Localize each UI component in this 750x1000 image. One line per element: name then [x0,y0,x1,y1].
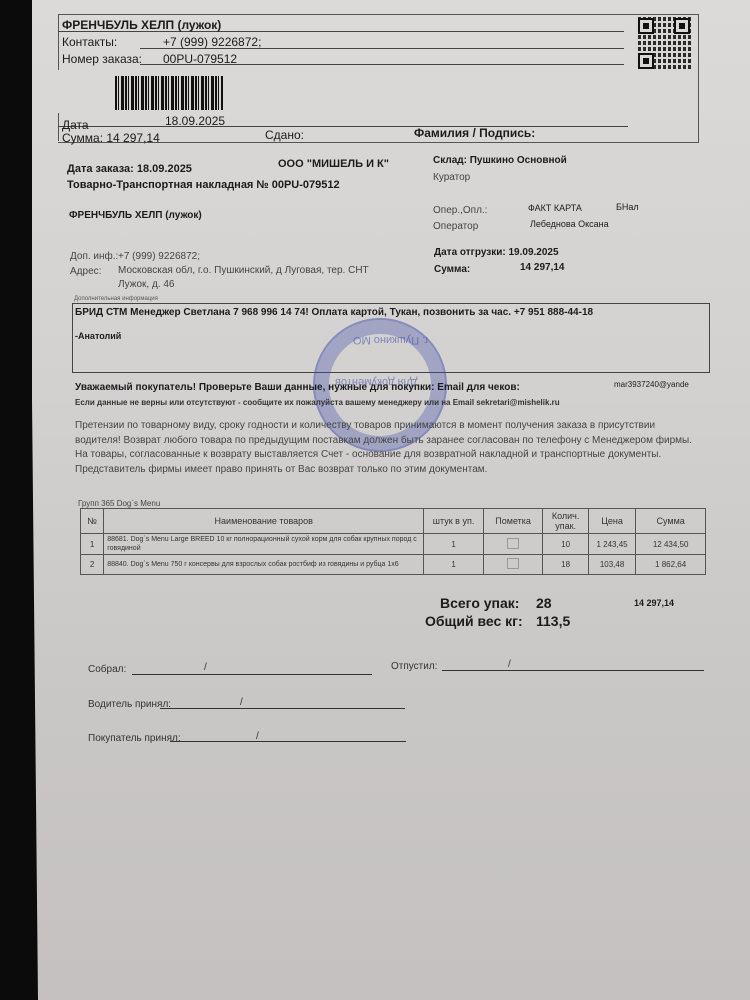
client-name: ФРЕНЧБУЛЬ ХЕЛП (лужок) [62,18,221,32]
address-line-2: Лужок, д. 46 [118,279,174,290]
total-packs-label: Всего упак: [440,595,519,611]
curator-label: Куратор [433,172,470,183]
payment-label: Опер.,Опл.: [433,205,487,216]
sum-value: 14 297,14 [520,262,565,273]
additional-info-line-1: БРИД СТМ Менеджер Светлана 7 968 996 14 … [75,307,593,318]
notice-subtext: Если данные не верны или отсутствуют - с… [75,398,560,407]
row-price: 103,48 [588,555,635,575]
col-per-pack: штук в уп. [424,509,484,534]
driver-label: Водитель принял: [88,699,171,710]
mark-checkbox[interactable] [507,538,519,549]
buyer-label: Покупатель принял: [88,733,181,744]
col-qty: Колич. упак. [543,509,588,534]
col-sum: Сумма [636,509,706,534]
col-name: Наименование товаров [104,509,424,534]
row-mark [483,534,543,555]
released-label: Отпустил: [391,661,437,672]
signature-label: Фамилия / Подпись: [414,126,535,140]
table-header-row: № Наименование товаров штук в уп. Пометк… [81,509,706,534]
header-border [58,113,59,141]
payment-type: БНал [616,202,639,212]
address-line-1: Московская обл, г.о. Пушкинский, д Лугов… [118,265,369,276]
row-qty: 18 [543,555,588,575]
extra-info-value: +7 (999) 9226872; [118,251,200,262]
extra-info-label: Доп. инф.: [70,251,118,262]
additional-info-line-2: -Анатолий [75,331,121,341]
claims-text: Претензии по товарному виду, сроку годно… [75,419,695,477]
product-group: Групп 365 Dog`s Menu [78,499,160,508]
handed-label: Сдано: [265,128,304,142]
row-name: 88840. Dog`s Menu 750 г консервы для взр… [104,555,424,575]
contacts-value: +7 (999) 9226872; [163,35,261,49]
buyer-signature-line[interactable] [170,741,406,742]
slash: / [256,731,259,742]
payment-value: ФАКТ КАРТА [528,203,582,213]
driver-signature-line[interactable] [160,708,405,709]
released-signature-line[interactable] [442,670,704,671]
receipt-email: mar3937240@yande [614,380,689,389]
date-label: Дата [62,118,89,132]
slash: / [204,662,207,673]
order-date: Дата заказа: 18.09.2025 [67,163,192,175]
collected-label: Собрал: [88,664,126,675]
client-name-2: ФРЕНЧБУЛЬ ХЕЛП (лужок) [69,210,202,221]
items-table: № Наименование товаров штук в уп. Пометк… [80,508,706,575]
notice-heading: Уважаемый покупатель! Проверьте Ваши дан… [75,382,520,393]
row-price: 1 243,45 [588,534,635,555]
col-mark: Пометка [483,509,543,534]
total-sum: 14 297,14 [634,598,674,608]
row-name: 88681. Dog`s Menu Large BREED 10 кг полн… [104,534,424,555]
slash: / [508,659,511,670]
collected-signature-line[interactable] [132,674,372,675]
stamp-text-top: г. Пушкино МО [353,334,428,346]
col-number: № [81,509,104,534]
row-number: 1 [81,534,104,555]
contacts-label: Контакты: [62,35,117,49]
mark-checkbox[interactable] [507,558,519,569]
col-price: Цена [588,509,635,534]
waybill-title: Товарно-Транспортная накладная № 00PU-07… [67,179,340,191]
slash: / [240,697,243,708]
sum-label: Сумма: [434,264,470,275]
qr-code-icon [636,16,692,71]
table-row: 1 88681. Dog`s Menu Large BREED 10 кг по… [81,534,706,555]
order-label: Номер заказа: [62,52,142,66]
total-packs-value: 28 [536,595,552,611]
row-per-pack: 1 [424,534,484,555]
operator-value: Лебеднова Оксана [530,219,609,229]
address-label: Адрес: [70,266,101,277]
divider [58,126,628,127]
row-sum: 1 862,64 [636,555,706,575]
company-name: ООО "МИШЕЛЬ И К" [278,158,389,170]
total-weight-value: 113,5 [536,613,570,629]
operator-label: Оператор [433,221,478,232]
row-sum: 12 434,50 [636,534,706,555]
additional-info-caption: Дополнительная информация [74,296,158,302]
row-mark [483,555,543,575]
header-sum: Сумма: 14 297,14 [62,131,160,145]
table-row: 2 88840. Dog`s Menu 750 г консервы для в… [81,555,706,575]
total-weight-label: Общий вес кг: [425,613,523,629]
date-value: 18.09.2025 [165,114,225,128]
row-per-pack: 1 [424,555,484,575]
row-number: 2 [81,555,104,575]
header-border [58,14,59,70]
warehouse: Склад: Пушкино Основной [433,155,567,166]
barcode-icon [115,76,223,110]
order-value: 00PU-079512 [163,52,237,66]
row-qty: 10 [543,534,588,555]
ship-date: Дата отгрузки: 19.09.2025 [434,247,559,258]
